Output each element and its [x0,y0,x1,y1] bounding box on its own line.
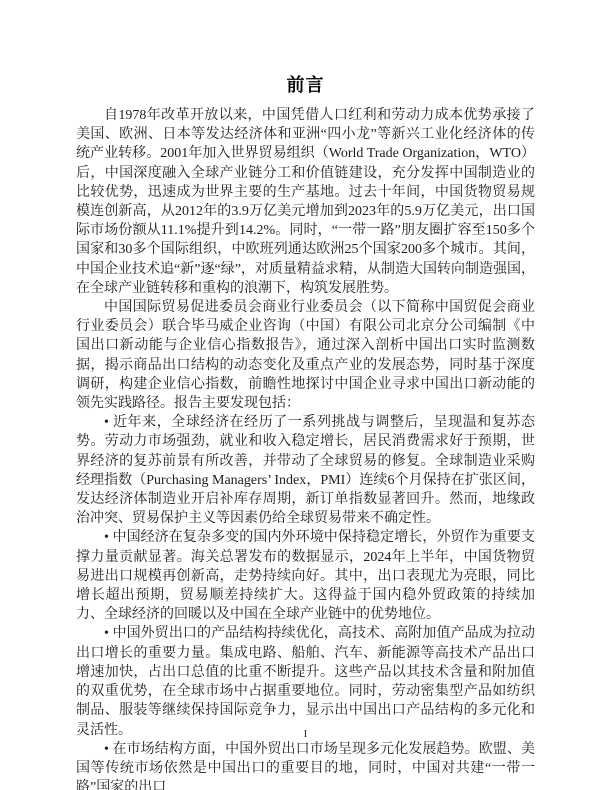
body-paragraph: 中国国际贸易促进委员会商业行业委员会（以下简称中国贸促会商业行业委员会）联合毕马… [76,298,535,413]
document-body: 自1978年改革开放以来，中国凭借人口红利和劳动力成本优势承接了美国、欧洲、日本… [76,106,535,790]
page-number: I [0,728,611,740]
bullet-paragraph: • 中国经济在复杂多变的国内外环境中保持稳定增长，外贸作为重要支撑力量贡献显著。… [76,528,535,624]
body-paragraph: 自1978年改革开放以来，中国凭借人口红利和劳动力成本优势承接了美国、欧洲、日本… [76,106,535,298]
bullet-paragraph: • 在市场结构方面，中国外贸出口市场呈现多元化发展趋势。欧盟、美国等传统市场依然… [76,740,535,790]
page-title: 前言 [76,74,535,96]
document-page: 前言 自1978年改革开放以来，中国凭借人口红利和劳动力成本优势承接了美国、欧洲… [0,0,611,790]
bullet-paragraph: • 中国外贸出口的产品结构持续优化，高技术、高附加值产品成为拉动出口增长的重要力… [76,624,535,739]
bullet-paragraph: • 近年来，全球经济在经历了一系列挑战与调整后，呈现温和复苏态势。劳动力市场强劲… [76,413,535,528]
